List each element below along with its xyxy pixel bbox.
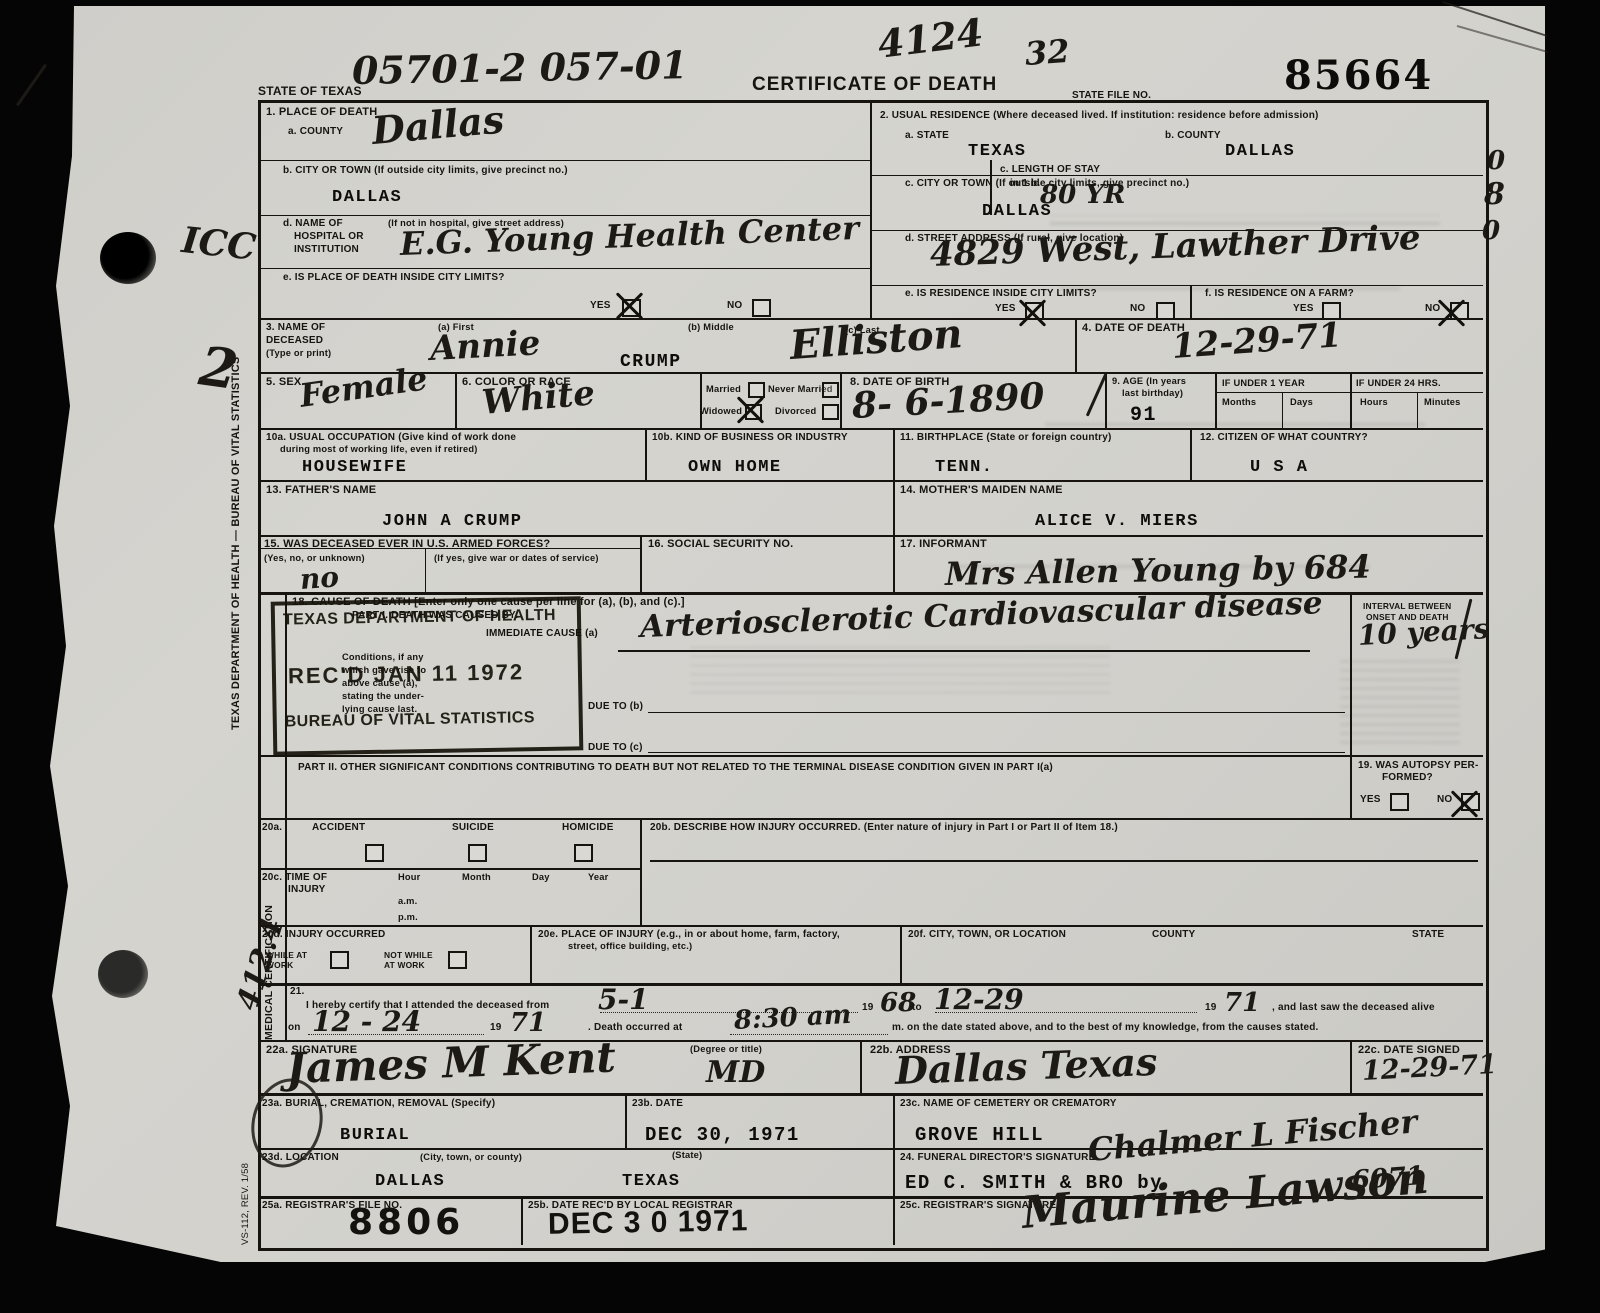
s23c-cemetery-value: GROVE HILL — [915, 1124, 1044, 1146]
s20a-accident-label: ACCIDENT — [312, 822, 365, 833]
rule — [258, 535, 1483, 537]
state-of-texas-label: STATE OF TEXAS — [258, 84, 362, 98]
received-date-stamp: TEXAS DEPARTMENT OF HEALTH REC'D JAN 11 … — [271, 596, 584, 755]
s13-father-name-value: JOHN A CRUMP — [382, 512, 522, 531]
s10a-label-2: during most of working life, even if ret… — [280, 444, 478, 454]
s22b-address-value: Dallas Texas — [894, 1043, 1158, 1090]
s25b-date-stamp-value: DEC 3 0 1971 — [548, 1204, 749, 1241]
s2e-no-label: NO — [1130, 303, 1145, 314]
rule — [258, 755, 1483, 757]
rule — [640, 535, 642, 592]
s20d-while-label-2: WORK — [266, 960, 293, 970]
s3-title-1: 3. NAME OF — [266, 322, 325, 333]
s1e-no-label: NO — [727, 300, 742, 311]
rule — [258, 428, 1483, 430]
s20a-suicide-checkbox — [468, 844, 487, 862]
rule — [625, 1093, 627, 1148]
rule — [425, 548, 426, 592]
s21-text-2: , and last saw the deceased alive — [1272, 1002, 1435, 1013]
s20c-hour-label: Hour — [398, 872, 421, 882]
rule — [870, 285, 1483, 286]
s4-label: 4. DATE OF DEATH — [1082, 322, 1185, 334]
s5-label: 5. SEX — [266, 376, 301, 388]
s8-date-of-birth-value: 8- 6-1890 — [851, 378, 1045, 424]
rule — [618, 650, 1310, 652]
rule — [258, 1093, 1483, 1096]
s20d-notwhile-label-2: AT WORK — [384, 960, 425, 970]
rule — [258, 925, 1483, 927]
s20d-label: 20d. INJURY OCCURRED — [262, 929, 385, 940]
rule — [258, 983, 1483, 986]
s23d-paren-1: (City, town, or county) — [420, 1152, 522, 1162]
s23d-paren-2: (State) — [672, 1150, 702, 1160]
s15-paren-2: (If yes, give war or dates of service) — [434, 553, 599, 563]
rule — [1350, 592, 1352, 818]
scanned-death-certificate: STATE OF TEXAS 05701-2 057-01 CERTIFICAT… — [0, 0, 1600, 1313]
s20e-label-2: street, office building, etc.) — [568, 941, 692, 951]
rule — [258, 268, 870, 269]
rule — [1190, 428, 1192, 480]
s19-label-1: 19. WAS AUTOPSY PER- — [1358, 760, 1479, 771]
rule — [455, 372, 457, 428]
s21-to-date: 12-29 — [934, 986, 1024, 1014]
s19-yes-label: YES — [1360, 794, 1381, 805]
stamp-line-3: BUREAU OF VITAL STATISTICS — [285, 709, 535, 731]
s1e-no-checkbox — [752, 299, 771, 317]
s21-text-3: . Death occurred at — [588, 1022, 682, 1033]
s3-title-3: (Type or print) — [266, 348, 331, 358]
s21-time-of-death: 8:30 am — [733, 1002, 851, 1034]
s3-title-2: DECEASED — [266, 335, 323, 346]
s22a-degree-label: (Degree or title) — [690, 1044, 762, 1054]
rule — [1105, 372, 1107, 428]
s10a-occupation-value: HOUSEWIFE — [302, 458, 407, 477]
s20c-day-label: Day — [532, 872, 550, 882]
s21-to: to — [912, 1002, 922, 1013]
s20e-label-1: 20e. PLACE OF INJURY (e.g., in or about … — [538, 929, 840, 940]
s1e-label: e. IS PLACE OF DEATH INSIDE CITY LIMITS? — [283, 272, 505, 283]
s1d-label-3: INSTITUTION — [294, 244, 359, 255]
s15-armed-forces-value: no — [299, 563, 340, 594]
s2f-label: f. IS RESIDENCE ON A FARM? — [1205, 288, 1354, 299]
s21-year-3: 71 — [510, 1010, 546, 1036]
s2c-label: c. CITY OR TOWN (If outside city limits,… — [905, 178, 1189, 189]
s20a-num: 20a. — [262, 822, 282, 833]
rule — [860, 1040, 862, 1093]
rule — [521, 1196, 523, 1245]
s20c-month-label: Month — [462, 872, 491, 882]
s2b-label: b. COUNTY — [1165, 130, 1221, 141]
s12-citizen-value: U S A — [1250, 458, 1309, 477]
rule — [1350, 372, 1352, 428]
s20a-homicide-checkbox — [574, 844, 593, 862]
s14-label: 14. MOTHER'S MAIDEN NAME — [900, 484, 1063, 496]
certificate-title: CERTIFICATE OF DEATH — [752, 74, 997, 96]
s2b-county-value: DALLAS — [1225, 142, 1295, 161]
s19-label-2: FORMED? — [1382, 772, 1433, 783]
s7-widowed-xmark — [733, 392, 767, 428]
rule — [650, 860, 1478, 862]
s21-19a: 19 — [862, 1002, 874, 1013]
s11-label: 11. BIRTHPLACE (State or foreign country… — [900, 432, 1112, 443]
s1b-city-value: DALLAS — [332, 188, 402, 207]
s22a-physician-signature: James M Kent — [285, 1037, 616, 1090]
s18-interval-label-1: INTERVAL BETWEEN — [1363, 601, 1451, 611]
s20b-label: 20b. DESCRIBE HOW INJURY OCCURRED. (Ente… — [650, 822, 1118, 833]
s3a-first-name: Annie — [429, 326, 541, 366]
rule — [648, 752, 1345, 753]
s1e-yes-xmark — [612, 288, 646, 324]
s14-mother-name-value: ALICE V. MIERS — [1035, 512, 1199, 531]
state-file-number: 85664 — [1284, 52, 1433, 99]
s2f-no-xmark — [1434, 295, 1468, 331]
s1-title: 1. PLACE OF DEATH — [266, 106, 377, 118]
rule — [730, 1034, 888, 1035]
s20c-year-label: Year — [588, 872, 608, 882]
s2e-no-checkbox — [1156, 302, 1175, 320]
s22c-date-signed-value: 12-29-71 — [1361, 1051, 1497, 1085]
handwritten-loop-note: 2 — [196, 338, 241, 397]
s1e-yes-label: YES — [590, 300, 611, 311]
s21-year-2: 71 — [1224, 990, 1260, 1016]
s15-label: 15. WAS DECEASED EVER IN U.S. ARMED FORC… — [264, 538, 550, 550]
part2-text: PART II. OTHER SIGNIFICANT CONDITIONS CO… — [298, 762, 1053, 773]
s3b-middle-name: CRUMP — [620, 352, 682, 372]
punch-hole-top — [100, 232, 156, 284]
s2e-yes-label: YES — [995, 303, 1016, 314]
s20c-am-label: a.m. — [398, 896, 417, 906]
s23a-burial-value: BURIAL — [340, 1126, 410, 1145]
s23d-label: 23d. LOCATION — [262, 1152, 339, 1163]
rule — [870, 100, 872, 318]
s18-interval-value: 10 years — [1357, 615, 1490, 650]
s23c-label: 23c. NAME OF CEMETERY OR CREMATORY — [900, 1098, 1117, 1109]
rule — [1190, 285, 1192, 318]
handwritten-cert-number-2: 32 — [1024, 35, 1071, 70]
s20c-label-1: 20c. TIME OF — [262, 872, 327, 883]
s2a-label: a. STATE — [905, 130, 949, 141]
form-code-label: VS-112, REV. 1/58 — [240, 1085, 251, 1245]
scan-mark — [16, 64, 47, 107]
s2e-yes-xmark — [1015, 295, 1049, 331]
handwritten-edge-mark-1: 0 — [1487, 148, 1505, 174]
rule — [1215, 392, 1483, 393]
s23d-city-value: DALLAS — [375, 1172, 445, 1191]
s1a-label: a. COUNTY — [288, 126, 343, 137]
rule — [900, 925, 902, 983]
rule — [258, 480, 1483, 482]
s20a-suicide-label: SUICIDE — [452, 822, 494, 833]
handwritten-icc-note: ICC — [180, 222, 258, 266]
s1c-label: c. LENGTH OF STAY — [1000, 164, 1100, 175]
s18-due-c-label: DUE TO (c) — [588, 742, 643, 753]
s20d-notwhile-label-1: NOT WHILE — [384, 950, 433, 960]
rule — [893, 1093, 895, 1245]
s20d-while-label-1: WHILE AT — [266, 950, 307, 960]
handwritten-file-codes: 05701-2 057-01 — [352, 46, 688, 90]
s12-label: 12. CITIZEN OF WHAT COUNTRY? — [1200, 432, 1368, 443]
s1d-label-2: HOSPITAL OR — [294, 231, 364, 242]
s10a-label-1: 10a. USUAL OCCUPATION (Give kind of work… — [266, 432, 516, 443]
s9-age-value: 91 — [1130, 404, 1157, 427]
s1d-label-1: d. NAME OF — [283, 218, 343, 229]
s9-days-label: Days — [1290, 397, 1313, 407]
s21-from-date: 5-1 — [598, 986, 649, 1014]
rule — [648, 712, 1345, 713]
s9-months-label: Months — [1222, 397, 1256, 407]
rule — [530, 925, 532, 983]
s20a-accident-checkbox — [365, 844, 384, 862]
s20c-label-2: INJURY — [288, 884, 326, 895]
s7-divorced-label: Divorced — [775, 406, 816, 416]
rule — [700, 372, 702, 428]
s24-label: 24. FUNERAL DIRECTOR'S SIGNATURE — [900, 1152, 1095, 1163]
s16-label: 16. SOCIAL SECURITY NO. — [648, 538, 793, 550]
s2a-state-value: TEXAS — [968, 142, 1027, 161]
rule — [645, 428, 647, 480]
s23b-date-value: DEC 30, 1971 — [645, 1124, 800, 1146]
s20f-label: 20f. CITY, TOWN, OR LOCATION — [908, 929, 1066, 940]
punch-hole-bottom — [98, 950, 148, 998]
rule — [258, 818, 1483, 820]
s21-19b: 19 — [1205, 1002, 1217, 1013]
rule — [1215, 372, 1217, 428]
s19-yes-checkbox — [1390, 793, 1409, 811]
s3c-last-name: Elliston — [789, 314, 964, 366]
rule — [840, 372, 842, 428]
s25a-file-no-value: 8806 — [348, 1202, 464, 1243]
rule — [893, 480, 895, 535]
rule — [870, 175, 1483, 176]
s6-race-value: White — [481, 376, 597, 420]
s13-label: 13. FATHER'S NAME — [266, 484, 376, 496]
rule — [1417, 392, 1418, 428]
rule — [1350, 1040, 1352, 1093]
s21-text-4: m. on the date stated above, and to the … — [892, 1022, 1319, 1033]
s22a-degree-value: MD — [706, 1058, 765, 1088]
stamp-line-2: REC'D JAN 11 1972 — [288, 659, 525, 689]
rule — [308, 1034, 484, 1035]
s1b-label: b. CITY OR TOWN (If outside city limits,… — [283, 165, 568, 176]
s2c-city-value: DALLAS — [982, 202, 1052, 221]
s20f-state-label: STATE — [1412, 929, 1444, 940]
s20c-pm-label: p.m. — [398, 912, 418, 922]
s23b-label: 23b. DATE — [632, 1098, 683, 1109]
s21-num: 21. — [290, 986, 305, 997]
rule — [893, 428, 895, 480]
s9-label-2: last birthday) — [1122, 388, 1183, 398]
s9-under-1yr-label: IF UNDER 1 YEAR — [1222, 378, 1305, 388]
stamp-line-1: TEXAS DEPARTMENT OF HEALTH — [283, 607, 556, 630]
s18-due-b-label: DUE TO (b) — [588, 701, 643, 712]
s9-under-24h-label: IF UNDER 24 HRS. — [1356, 378, 1441, 388]
rule — [1282, 392, 1283, 428]
s2e-label: e. IS RESIDENCE INSIDE CITY LIMITS? — [905, 288, 1097, 299]
s21-lastseen-date: 12 - 24 — [312, 1008, 421, 1036]
s3b-label: (b) Middle — [688, 322, 734, 332]
s21-on: on — [288, 1022, 301, 1033]
s20f-county-label: COUNTY — [1152, 929, 1195, 940]
s11-birthplace-value: TENN. — [935, 458, 994, 477]
s2f-yes-label: YES — [1293, 303, 1314, 314]
s7-divorced-checkbox — [822, 404, 839, 420]
rule — [935, 1012, 1197, 1013]
rule — [1075, 318, 1077, 372]
s20d-while-checkbox — [330, 951, 349, 969]
rule — [893, 535, 895, 592]
s19-no-xmark — [1447, 786, 1481, 822]
s21-year-1: 68 — [880, 990, 916, 1016]
s9-hours-label: Hours — [1360, 397, 1388, 407]
rule — [640, 818, 642, 925]
s9-label-1: 9. AGE (In years — [1112, 376, 1186, 386]
s17-informant-value: Mrs Allen Young by 684 — [945, 551, 1371, 590]
s9-minutes-label: Minutes — [1424, 397, 1461, 407]
rule — [258, 372, 1483, 374]
rule — [258, 160, 870, 161]
s2-title: 2. USUAL RESIDENCE (Where deceased lived… — [880, 110, 1319, 121]
s1a-county-value: Dallas — [370, 101, 505, 150]
s20a-homicide-label: HOMICIDE — [562, 822, 614, 833]
s23d-state-value: TEXAS — [622, 1172, 681, 1191]
s21-19c: 19 — [490, 1022, 502, 1033]
s10b-business-value: OWN HOME — [688, 458, 782, 477]
s10b-label: 10b. KIND OF BUSINESS OR INDUSTRY — [652, 432, 848, 443]
s7-never-married-checkbox — [822, 382, 839, 398]
rule — [258, 868, 640, 870]
s20d-notwhile-checkbox — [448, 951, 467, 969]
s17-label: 17. INFORMANT — [900, 538, 987, 550]
